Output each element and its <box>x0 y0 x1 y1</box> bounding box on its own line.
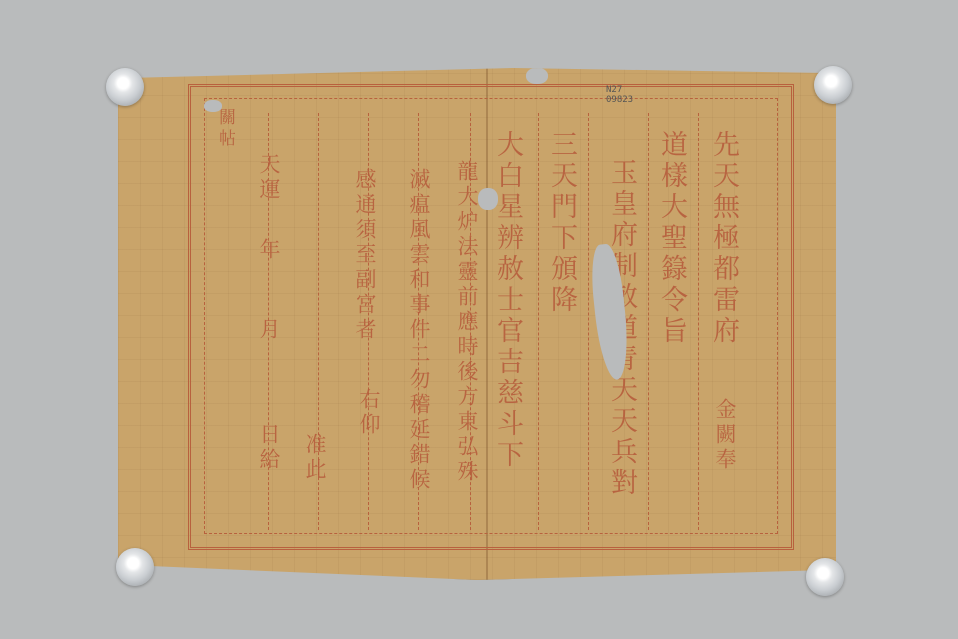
year-label: 年 <box>257 238 281 263</box>
date-day: 日給 <box>258 423 279 473</box>
seal-text: 關帖 <box>215 108 235 150</box>
day-label: 日給 <box>257 423 281 473</box>
date-month: 月 <box>258 318 279 343</box>
text-column-1-suffix: 金闕奉 <box>714 398 735 473</box>
column-suffix: 准此 <box>303 433 327 483</box>
text-column-1: 先天無極都雷府 <box>710 130 737 347</box>
catalog-label-line: N27 <box>606 85 633 95</box>
column-text: 先天無極都雷府 <box>708 130 739 347</box>
text-column-9: 准此 <box>304 433 325 483</box>
text-column-8: 感通須至副宮者 <box>354 168 375 343</box>
column-suffix: 右仰 <box>357 388 381 438</box>
pin-bottom-right <box>806 558 844 596</box>
text-column-8-suffix: 右仰 <box>358 388 379 438</box>
paper-hole <box>204 100 222 112</box>
column-rule <box>538 113 539 530</box>
pin-top-left <box>106 68 144 106</box>
text-column-7: 滅瘟風雲和事件二勿稽延錯候 <box>408 168 429 493</box>
date-year: 年 <box>258 238 279 263</box>
paper-hole <box>526 68 548 84</box>
column-text: 龍大炉法靈前應時後方東弘殊 <box>455 160 479 485</box>
column-text: 大白星辨赦士官吉慈斗下 <box>492 130 523 471</box>
decorative-border-inner <box>204 98 778 534</box>
pin-bottom-left <box>116 548 154 586</box>
document-paper: 先天無極都雷府 金闕奉 道樣大聖籙令旨 玉皇府制敕道青天天兵對 三天門下頒降 大… <box>118 68 836 580</box>
text-column-5: 大白星辨赦士官吉慈斗下 <box>494 130 521 471</box>
era-name: 天運 <box>257 153 281 203</box>
paper-hole <box>478 188 498 210</box>
column-text: 道樣大聖籙令旨 <box>656 130 687 347</box>
column-rule <box>648 113 649 530</box>
catalog-label: N27 09823 <box>606 85 633 105</box>
month-label: 月 <box>257 318 281 343</box>
column-text: 感通須至副宮者 <box>353 168 377 343</box>
date-column: 天運 <box>258 153 279 203</box>
pin-top-right <box>814 66 852 104</box>
text-column-2: 道樣大聖籙令旨 <box>658 130 685 347</box>
column-rule <box>588 113 589 530</box>
text-column-6: 龍大炉法靈前應時後方東弘殊 <box>456 160 477 485</box>
header-seal: 關帖 <box>216 108 233 150</box>
column-text: 滅瘟風雲和事件二勿稽延錯候 <box>407 168 431 493</box>
column-text: 三天門下頒降 <box>546 130 577 316</box>
text-column-4: 三天門下頒降 <box>548 130 575 316</box>
column-suffix: 金闕奉 <box>713 398 737 473</box>
column-rule <box>698 113 699 530</box>
catalog-label-line: 09823 <box>606 95 633 105</box>
